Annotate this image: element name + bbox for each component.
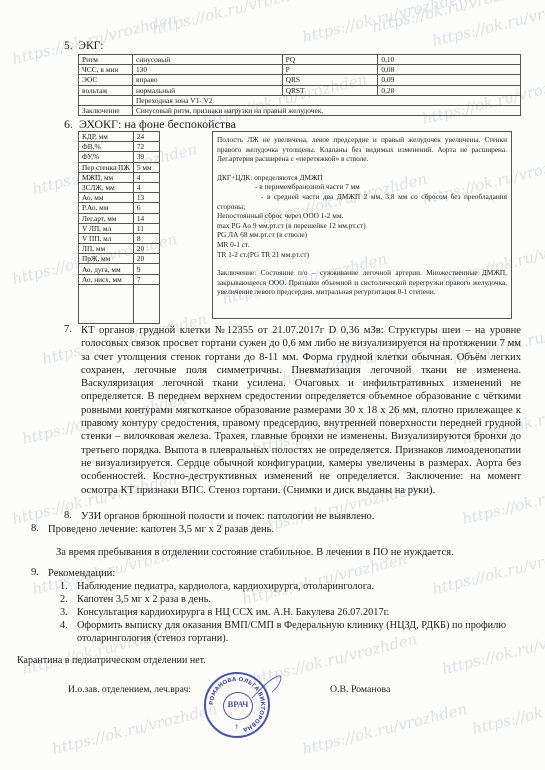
stay-status: За время пребывания в отделении состояни… bbox=[56, 546, 526, 559]
ecg-interval-label: PQ bbox=[282, 55, 378, 65]
echo-param-label: ФВ,% bbox=[79, 142, 134, 152]
echo-param-label: V ПП, мл bbox=[79, 233, 134, 243]
recommendation-number: 1. bbox=[60, 580, 77, 593]
recommendation-number: 4. bbox=[60, 619, 77, 645]
echo-param-label: Р.Ао, мм bbox=[79, 203, 134, 213]
echo-filler-row bbox=[79, 284, 160, 323]
echo-row: Пер стенка ПЖ5 мм bbox=[79, 162, 160, 172]
recommendation-number: 2. bbox=[60, 593, 77, 606]
echo-row: КДР, мм24 bbox=[79, 132, 160, 142]
echo-param-value: 8 bbox=[133, 233, 159, 243]
echo-row: Ао, нисх, мм7 bbox=[79, 274, 160, 284]
ecg-empty-cell bbox=[79, 95, 133, 105]
echo-flow-line: TR 1-2 ст.(PG TR 21 мм.рт.ст) bbox=[217, 250, 507, 260]
echo-param-value: 7 bbox=[133, 274, 159, 284]
echo-row: Ао, мм13 bbox=[79, 193, 160, 203]
echo-param-label: МЖП, мм bbox=[79, 172, 134, 182]
echo-param-label: Ао, дуга, мм bbox=[79, 264, 134, 274]
echo-param-value: 4 bbox=[133, 182, 159, 192]
watermark-text: https://ok.ru/vrozhden bbox=[370, 0, 539, 36]
echo-param-value: 72 bbox=[133, 142, 159, 152]
echo-row: ЛП, мм20 bbox=[79, 244, 160, 254]
echo-row: Лег.арт, мм14 bbox=[79, 213, 160, 223]
echo-param-label: ЛП, мм bbox=[79, 244, 134, 254]
ecg-param-value: синусовый bbox=[132, 55, 282, 65]
ecg-row: Переходная зона V1- V2 bbox=[79, 95, 521, 105]
ecg-interval-value: 0,09 bbox=[378, 75, 521, 85]
echo-empty-cell bbox=[133, 284, 159, 323]
ecg-param-value: вправо bbox=[132, 75, 282, 85]
echo-param-label: ЗСЛЖ, мм bbox=[79, 182, 134, 192]
watermark-text: https://ok.ru/vrozhden bbox=[300, 0, 469, 46]
stamp-word: ВРАЧ bbox=[223, 699, 253, 709]
recommendation-text: Наблюдение педиатра, кардиолога, кардиох… bbox=[77, 580, 374, 593]
echo-param-value: 24 bbox=[133, 132, 159, 142]
echo-row: V ЛП, мл11 bbox=[79, 223, 160, 233]
echo-param-value: 6 bbox=[133, 203, 159, 213]
signature-role: И.о.зав. отделением, леч.врач: bbox=[68, 683, 191, 696]
watermark-text: https://ok.ru/vrozhden bbox=[50, 700, 219, 758]
echo-param-value: 5 мм bbox=[133, 162, 159, 172]
echo-param-label: V ЛП, мл bbox=[79, 223, 134, 233]
ct-report: КТ органов грудной клетки №12355 от 21.0… bbox=[81, 324, 521, 497]
svg-text:⚕: ⚕ bbox=[235, 723, 239, 731]
echo-flow-line: max PG Ao 9 мм.рт.ст (в перешейке 12 мм.… bbox=[217, 221, 507, 231]
echo-flow-line: Непостоянный сброс через ООО 1-2 мм. bbox=[217, 211, 507, 221]
quarantine-note: Карантина в педиатрическом отделении нет… bbox=[17, 654, 206, 667]
signature-name: О.В. Романова bbox=[330, 683, 390, 696]
recommendation-text: Консультация кардиохирурга в НЦ ССХ им. … bbox=[77, 606, 389, 619]
ecg-param-label: ЧСС, в мин bbox=[79, 65, 133, 75]
echo-param-value: 4 bbox=[133, 172, 159, 182]
echo-param-label: ФУ,% bbox=[79, 152, 134, 162]
echo-param-value: 11 bbox=[133, 223, 159, 233]
echo-param-label: КДР, мм bbox=[79, 132, 134, 142]
ecg-number: 5. bbox=[64, 40, 73, 52]
echo-number: 6. bbox=[64, 117, 73, 131]
recommendation-item: 2.Капотен 3,5 мг х 2 раза в день. bbox=[60, 593, 520, 606]
ecg-interval-value: 0,08 bbox=[378, 65, 521, 75]
treatment-number: 8. bbox=[31, 523, 39, 534]
treatment-text: Проведено лечение: капотен 3,5 мг х 2 ра… bbox=[48, 523, 488, 536]
recommendations-title: Рекомендации: bbox=[48, 567, 115, 580]
echo-param-value: 39 bbox=[133, 152, 159, 162]
ecg-row: РитмсинусовыйPQ0,10 bbox=[79, 55, 521, 65]
echo-param-label: Ао, мм bbox=[79, 193, 134, 203]
ecg-row: ЧСС, в мин130P0,08 bbox=[79, 65, 521, 75]
ecg-heading: 5. ЭКГ: bbox=[64, 40, 103, 52]
echo-param-value: 14 bbox=[133, 213, 159, 223]
echo-param-value: 20 bbox=[133, 254, 159, 264]
echo-param-label: Ао, нисх, мм bbox=[79, 274, 134, 284]
ecg-interval-value: 0,28 bbox=[378, 85, 521, 95]
ecg-interval-label: P bbox=[282, 65, 378, 75]
echo-param-value: 9 bbox=[133, 264, 159, 274]
echo-dkg-line-2: - в средней части два ДМЖП 2 мм, 3,8 мм … bbox=[217, 192, 507, 211]
ecg-row: ЭОСвправоQRS0,09 bbox=[79, 75, 521, 85]
echo-flow-list: Непостоянный сброс через ООО 1-2 мм.max … bbox=[217, 211, 507, 259]
ecg-conclusion: Синусовый ритм, признаки нагрузки на пра… bbox=[132, 105, 520, 115]
echo-row: МЖП, мм4 bbox=[79, 172, 160, 182]
recommendation-text: Капотен 3,5 мг х 2 раза в день. bbox=[77, 593, 211, 606]
ecg-row: ЗаключениеСинусовый ритм, признаки нагру… bbox=[79, 105, 521, 115]
ecg-param-label: ЭОС bbox=[79, 75, 133, 85]
doctor-stamp: РОМАНОВА ОЛЬГА ВИКТОРОВНА ⚕ ВРАЧ bbox=[204, 672, 270, 738]
watermark-text: https://ok.ru/vrozhden bbox=[150, 0, 319, 38]
echo-flow-line: PG ЛА 68 мм.рт.ст (в стволе) bbox=[217, 230, 507, 240]
ecg-transition-zone: Переходная зона V1- V2 bbox=[132, 95, 520, 105]
echo-param-label: Лег.арт, мм bbox=[79, 213, 134, 223]
echo-row: ЗСЛЖ, мм4 bbox=[79, 182, 160, 192]
recommendations-list: 1.Наблюдение педиатра, кардиолога, карди… bbox=[60, 580, 520, 645]
watermark-text: https://ok.ru/vrozhden bbox=[300, 700, 469, 758]
echo-flow-line: MR 0-1 ст. bbox=[217, 240, 507, 250]
echo-dkg-line-1: - в перимембранозной части 7 мм bbox=[217, 182, 507, 192]
echo-row: ФВ,%72 bbox=[79, 142, 160, 152]
echo-row: Р.Ао, мм6 bbox=[79, 203, 160, 213]
watermark-text: https://ok.ru/vrozhden bbox=[470, 680, 545, 738]
recommendation-text: Оформить выписку для оказания ВМП/СМП в … bbox=[77, 619, 520, 645]
ecg-interval-label: QRS bbox=[282, 75, 378, 85]
echo-conclusion: Заключение: Состояние п/о – сужживание л… bbox=[217, 268, 507, 297]
echo-description-box: Полость ЛЖ не увеличена, левое предсерди… bbox=[212, 131, 512, 319]
recommendation-number: 3. bbox=[60, 606, 77, 619]
ecg-row: вольтажнормальныйQRST0,28 bbox=[79, 85, 521, 95]
echo-measurements-table: КДР, мм24ФВ,%72ФУ,%39Пер стенка ПЖ5 ммМЖ… bbox=[78, 131, 160, 324]
echo-row: ФУ,%39 bbox=[79, 152, 160, 162]
ecg-param-value: нормальный bbox=[132, 85, 282, 95]
recommendation-item: 1.Наблюдение педиатра, кардиолога, карди… bbox=[60, 580, 520, 593]
echo-title: ЭХОКГ: на фоне беспокойства bbox=[79, 117, 236, 131]
recommendation-item: 3.Консультация кардиохирурга в НЦ ССХ им… bbox=[60, 606, 520, 619]
echo-description: Полость ЛЖ не увеличена, левое предсерди… bbox=[217, 135, 507, 164]
ecg-param-value: 130 bbox=[132, 65, 282, 75]
ecg-interval-value: 0,10 bbox=[378, 55, 521, 65]
us-report: УЗИ органов брюшной полости и почек: пат… bbox=[81, 510, 521, 523]
us-number: 8. bbox=[64, 510, 72, 521]
ecg-title: ЭКГ: bbox=[78, 40, 103, 52]
echo-param-value: 20 bbox=[133, 244, 159, 254]
echo-dkg-title: ДКГ+ЦДК: определяются ДМЖП bbox=[217, 173, 507, 183]
echo-heading: 6. ЭХОКГ: на фоне беспокойства bbox=[64, 117, 236, 132]
echo-param-label: ПрЖ, мм bbox=[79, 254, 134, 264]
echo-param-value: 13 bbox=[133, 193, 159, 203]
ecg-param-label: вольтаж bbox=[79, 85, 133, 95]
ecg-conclusion-label: Заключение bbox=[79, 105, 133, 115]
echo-row: V ПП, мл8 bbox=[79, 233, 160, 243]
ecg-param-label: Ритм bbox=[79, 55, 133, 65]
echo-row: Ао, дуга, мм9 bbox=[79, 264, 160, 274]
echo-empty-cell bbox=[79, 284, 134, 323]
watermark-text: https://ok.ru/vrozhden bbox=[430, 0, 545, 50]
ecg-interval-label: QRST bbox=[282, 85, 378, 95]
recommendations-number: 9. bbox=[31, 567, 39, 578]
ct-number: 7. bbox=[64, 324, 72, 335]
ecg-table: РитмсинусовыйPQ0,10ЧСС, в мин130P0,08ЭОС… bbox=[78, 54, 521, 116]
recommendation-item: 4.Оформить выписку для оказания ВМП/СМП … bbox=[60, 619, 520, 645]
echo-param-label: Пер стенка ПЖ bbox=[79, 162, 134, 172]
echo-row: ПрЖ, мм20 bbox=[79, 254, 160, 264]
